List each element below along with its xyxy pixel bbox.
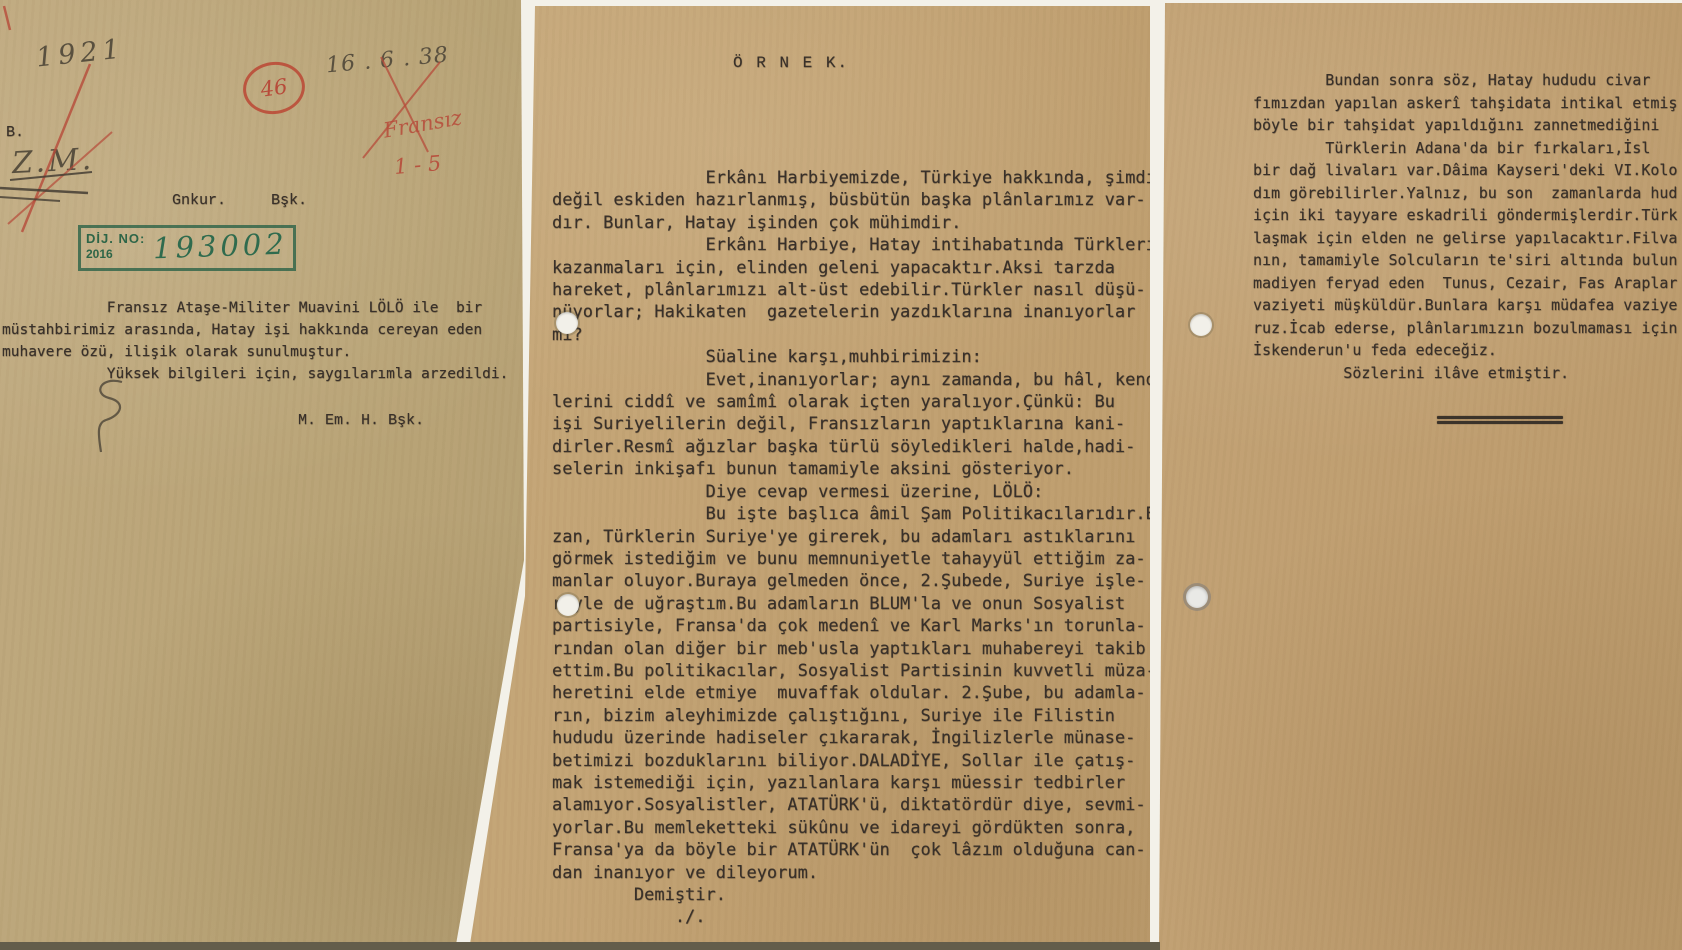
red-page-range: 1 - 5 (393, 151, 442, 179)
middle-body-text: Erkânı Harbiyemizde, Türkiye hakkında, ş… (552, 167, 1155, 929)
scanned-documents: 1921 B. Z.M. 46 16 . 6 . 38 Fransız 1 - … (0, 0, 1682, 950)
page-middle: Ö R N E K. Erkânı Harbiyemizde, Türkiye … (455, 6, 1155, 950)
end-of-text-rule (1437, 416, 1563, 426)
handwritten-initials-zm: Z.M. (11, 142, 95, 181)
stamp-number: 193002 (153, 227, 289, 266)
right-body-text: Bundan sonra söz, Hatay hududu civar fım… (1253, 69, 1677, 384)
punch-hole (1186, 586, 1208, 608)
scan-edge-shadow (0, 942, 1160, 950)
page-title-ornek: Ö R N E K. (733, 54, 849, 72)
signature-scribble (99, 381, 122, 452)
stamp-year: 2016 (86, 247, 145, 261)
signature-title: M. Em. H. Bşk. (298, 412, 424, 429)
red-circled-number-stamp: 46 (240, 58, 309, 118)
dept-header: Gnkur. Bşk. (172, 192, 307, 209)
left-body-text: Fransız Ataşe-Militer Muavini LÖLÖ ile b… (2, 297, 508, 385)
initial-b-label: B. (6, 124, 24, 141)
punch-hole (557, 594, 579, 616)
handwritten-date: 16 . 6 . 38 (325, 43, 450, 79)
page-right: Bundan sonra söz, Hatay hududu civar fım… (1157, 3, 1682, 950)
stamp-label: DİJ. NO: (86, 231, 145, 246)
red-annotation-word: Fransız (382, 105, 464, 142)
circled-number: 46 (259, 74, 289, 101)
punch-hole (1190, 314, 1212, 336)
registry-stamp: DİJ. NO: 2016 193002 (78, 225, 296, 271)
page-left: 1921 B. Z.M. 46 16 . 6 . 38 Fransız 1 - … (0, 0, 533, 950)
punch-hole (556, 312, 578, 334)
handwritten-year: 1921 (35, 33, 126, 73)
